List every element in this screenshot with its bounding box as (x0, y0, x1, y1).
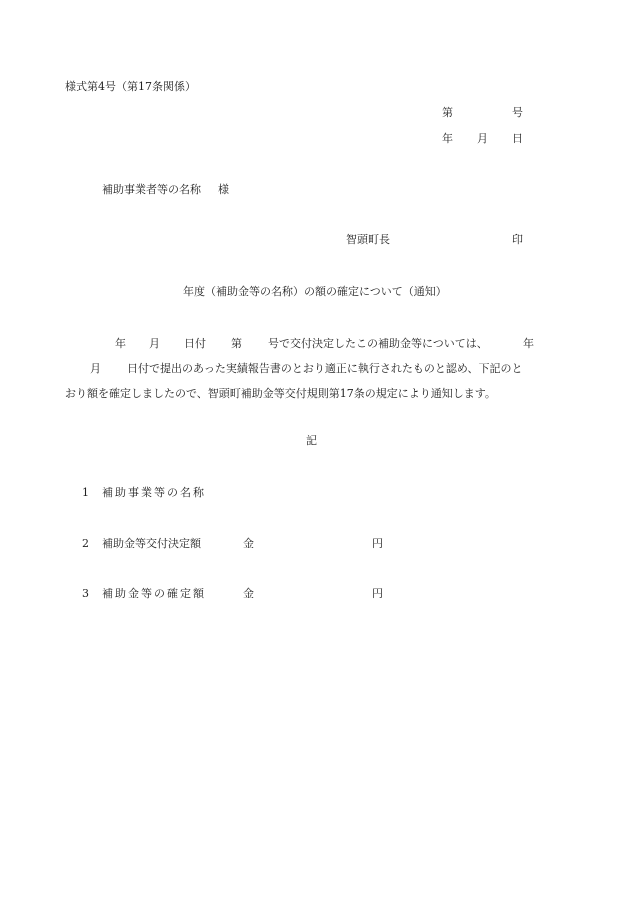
item-3-amount-prefix: 金 (243, 587, 254, 601)
body-line3: おり額を確定しましたので、智頭町補助金等交付規則第17条の規定により通知します。 (65, 387, 496, 401)
body-line1-dai: 第 (231, 337, 242, 351)
sender-seal: 印 (512, 233, 523, 247)
addressee-name: 補助事業者等の名称 (102, 183, 201, 197)
ki-heading: 記 (306, 434, 317, 448)
document-title: 年度（補助金等の名称）の額の確定について（通知） (183, 285, 447, 299)
body-line1-rest: 号で交付決定したこの補助金等については、 (268, 337, 488, 351)
addressee-honorific: 様 (218, 183, 229, 197)
date-year: 年 (442, 132, 453, 146)
item-1-label: 補助事業等の名称 (102, 486, 206, 500)
date-day: 日 (512, 132, 523, 146)
item-3-number: 3 (82, 587, 89, 601)
body-line1-year2: 年 (523, 337, 534, 351)
body-line1-day: 日付 (184, 337, 206, 351)
date-month: 月 (477, 132, 488, 146)
item-2-amount-suffix: 円 (372, 537, 383, 551)
sender-title: 智頭町長 (346, 233, 390, 247)
form-label: 様式第4号（第17条関係） (65, 80, 196, 94)
item-3-label: 補助金等の確定額 (102, 587, 206, 601)
body-line2-rest: 日付で提出のあった実績報告書のとおり適正に執行されたものと認め、下記のと (127, 362, 522, 376)
item-2-label: 補助金等交付決定額 (102, 537, 201, 551)
body-line1-month: 月 (149, 337, 160, 351)
item-2-number: 2 (82, 537, 89, 551)
body-line1-year: 年 (115, 337, 126, 351)
item-1-number: 1 (82, 486, 89, 500)
number-prefix: 第 (442, 106, 453, 120)
item-2-amount-prefix: 金 (243, 537, 254, 551)
body-line2-month: 月 (90, 362, 101, 376)
item-3-amount-suffix: 円 (372, 587, 383, 601)
number-suffix: 号 (512, 106, 523, 120)
